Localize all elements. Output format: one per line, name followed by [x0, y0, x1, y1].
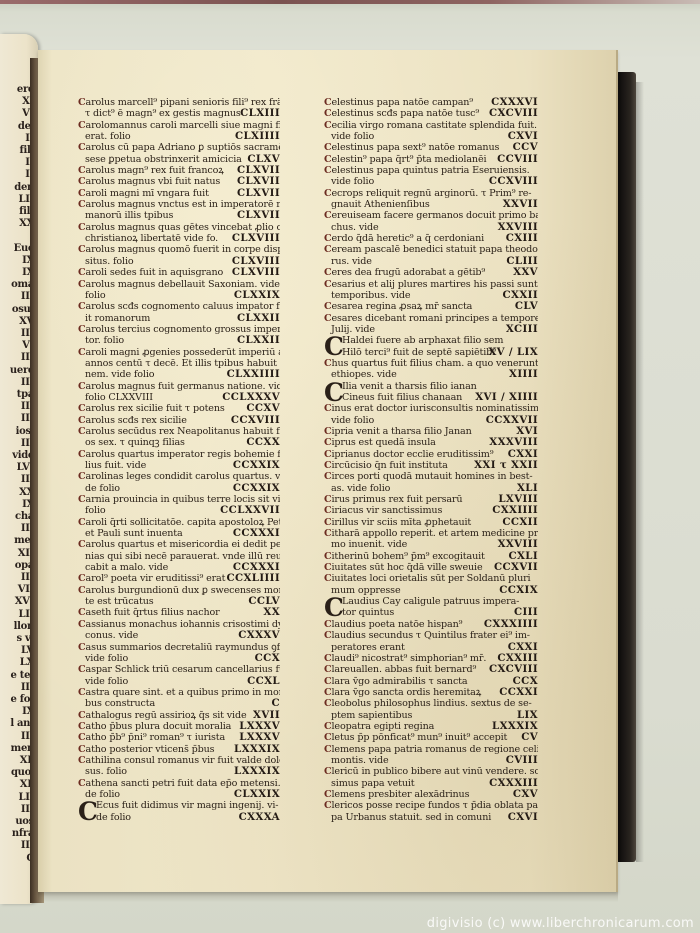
index-entry: Carolus burgundionū dux ꝑ swecenses mor-…: [78, 585, 280, 608]
folio-number: CXXXV: [238, 630, 280, 641]
entry-heading-line: Laudius Cay caligule patruus impera-: [342, 596, 538, 607]
index-entry: Caroli sedes fuit in aquisgranoCLXVIII: [78, 267, 280, 278]
entry-continuation-line: pa Urbanus statuit. sed in comuni: [324, 812, 538, 823]
index-entry: Celestinus papa quintus patria Eseruiens…: [324, 165, 538, 188]
index-entry: Caseth fuit q̄rtus filius nachorXX: [78, 607, 280, 618]
entry-heading-line: Casus summarios decretaliū raymundus ꝯfe…: [78, 642, 280, 653]
entry-heading-line: Carolus scđs cognomento caluus impator f…: [78, 301, 280, 312]
folio-number: CLXIII: [240, 108, 280, 119]
folio-number: CLXVII: [237, 210, 280, 221]
folio-number: CCXXXI: [233, 528, 280, 539]
folio-number: C: [271, 698, 280, 709]
index-entry: Carolus magnus quomō fuerit in corpe dis…: [78, 244, 280, 267]
entry-heading-line: Cinus erat doctor iurisconsultis nominat…: [324, 403, 538, 414]
folio-number: CXV: [513, 789, 538, 800]
index-entry: Ceream pascalē benedici statuit papa the…: [324, 244, 538, 267]
entry-continuation-line: bus constructa: [78, 698, 280, 709]
index-entry: Carolus tercius cognomento grossus imper…: [78, 324, 280, 347]
index-entry: Carolus magnus debellauit Saxoniam. vide…: [78, 279, 280, 302]
entry-heading-line: Clemens presbiter alexādrinus: [324, 789, 538, 800]
entry-heading-line: Carolinas leges condidit carolus quartus…: [78, 471, 280, 482]
index-entry: Carol⁹ poeta vir eruditissi⁹ eratCCXLIII…: [78, 573, 280, 584]
folio-number: XIIII: [509, 369, 538, 380]
index-entry: Carolus scđs rex sicilieCCXVIII: [78, 415, 280, 426]
entry-heading-line: Ceres dea frugū adorabat a gētib⁹: [324, 267, 538, 278]
folio-number: CCXXIX: [233, 483, 280, 494]
entry-heading-line: Cleobolus philosophus lindius. sextus de…: [324, 698, 538, 709]
index-entry: Caspar Schlick triū cesarum cancellarius…: [78, 664, 280, 687]
index-entry: Ceres dea frugū adorabat a gētib⁹XXV: [324, 267, 538, 278]
folio-number: CCXX: [246, 437, 280, 448]
index-entry: Cleopatra egipti reginaLXXXIX: [324, 721, 538, 732]
folio-number: XCIII: [506, 324, 538, 335]
index-entry: Clemens papa patria romanus de regione c…: [324, 744, 538, 767]
entry-heading-line: Chus quartus fuit filius cham. a quo ven…: [324, 358, 538, 369]
folio-number: CLXIIII: [235, 131, 280, 142]
index-entry: Carolus magnus vnctus est in imperatorē …: [78, 199, 280, 222]
index-entry: Carolus cū papa Adriano ꝑ suptiōs sacram…: [78, 142, 280, 165]
index-entry: Cesarius et alij plures martires his pas…: [324, 279, 538, 302]
index-entry: Caroli magni ꝓgenies possederūt imperiū …: [78, 347, 280, 381]
index-entry: Cirillus vir sciis mīta ꝓphetauitCCXII: [324, 517, 538, 528]
folio-number: CXVI: [508, 812, 538, 823]
page-bottom-shadow: [38, 892, 618, 902]
index-entry: Caroli magni mī vngara fuitCLXVII: [78, 188, 280, 199]
index-entry: Cathilina consul romanus vir fuit valde …: [78, 755, 280, 778]
folio-number: CVIII: [506, 755, 538, 766]
index-column-right: Celestinus papa natōe campan⁹CXXXVICeles…: [324, 97, 538, 823]
folio-number: LXXXIX: [234, 766, 280, 777]
folio-number: CLXXII: [237, 313, 280, 324]
entry-heading-line: Caspar Schlick triū cesarum cancellarius…: [78, 664, 280, 675]
entry-heading-line: Clericū in publico bibere aut vinū vende…: [324, 766, 538, 777]
folio-number: CCXVII: [494, 562, 538, 573]
entry-heading-line: Cecilia virgo romana castitate splendida…: [324, 120, 538, 131]
entry-heading-line: Castra quare sint. et a quibus primo in …: [78, 687, 280, 698]
folio-number: CLV: [515, 301, 538, 312]
index-entry: CEcus fuit didimus vir magni ingenij. vi…: [78, 800, 280, 823]
index-entry: Carolus secūdus rex Neapolitanus habuit …: [78, 426, 280, 449]
folio-number: CXIII: [506, 233, 538, 244]
index-entry: CHaldei fuere ab arphaxat filio semHilō …: [324, 335, 538, 358]
folio-number: CLXXII: [237, 335, 280, 346]
index-entry: Cecilia virgo romana castitate splendida…: [324, 120, 538, 143]
index-entry: Catho p̄b⁹ p̄ni⁹ roman⁹ τ iuristaLXXXV: [78, 732, 280, 743]
entry-heading-line: Ecus fuit didimus vir magni ingenij. vi-: [96, 800, 280, 811]
folio-number: CV: [521, 732, 538, 743]
entry-heading-line: Clericos posse recipe fundos τ p̄dia obl…: [324, 800, 538, 811]
folio-number: LXXXV: [239, 732, 280, 743]
background-top-strip: [0, 0, 700, 4]
index-entry: Cesares dicebant romani principes a temp…: [324, 313, 538, 336]
entry-heading-line: Caseth fuit q̄rtus filius nachor: [78, 607, 280, 618]
index-entry: Ciuitates loci orietalis sūt per Soldanū…: [324, 573, 538, 596]
entry-heading-line: Cesarea regina ꝓsaꝝ mr̄ sancta: [324, 301, 538, 312]
index-entry: Cinus erat doctor iurisconsultis nominat…: [324, 403, 538, 426]
index-entry: Clericū in publico bibere aut vinū vende…: [324, 766, 538, 789]
entry-heading-line: Circes porti quodā mutauit homines in be…: [324, 471, 538, 482]
folio-number: XVI / XIIII: [475, 392, 538, 403]
index-entry: Circūcisio q̄n fuit institutaXXI τ XXII: [324, 460, 538, 471]
index-entry: Celestin⁹ papa q̄rt⁹ p̄ta mediolanēiCCVI…: [324, 154, 538, 165]
folio-number: LXXXIX: [234, 744, 280, 755]
index-entry: Cassianus monachus iohannis crisostimi d…: [78, 619, 280, 642]
decorated-initial: C: [324, 336, 340, 357]
index-entry: Chus quartus fuit filius cham. a quo ven…: [324, 358, 538, 381]
folio-number: CLXVIII: [232, 267, 280, 278]
index-entry: Cletus p̄p pōnficat⁹ mun⁹ inuit⁹ accepit…: [324, 732, 538, 743]
index-entry: Carolus quartus imperator regis bohemie …: [78, 449, 280, 472]
entry-heading-line: Cletus p̄p pōnficat⁹ mun⁹ inuit⁹ accepit: [324, 732, 538, 743]
folio-number: XV / LIX: [488, 347, 538, 358]
folio-number: CCXVIII: [231, 415, 280, 426]
index-entry: Cecrops reliquit regnū arginorū. τ Prim⁹…: [324, 188, 538, 211]
folio-number: CXCVIII: [489, 108, 538, 119]
index-entry: CLaudius Cay caligule patruus impera-tor…: [324, 596, 538, 619]
folio-number: CCXIX: [499, 585, 538, 596]
index-entry: Clara v̄go sancta ordis heremitaꝝCCXXI: [324, 687, 538, 698]
index-page: Carolus marcell⁹ pipani senioris fili⁹ r…: [38, 50, 618, 892]
index-entry: Carolus scđs cognomento caluus impator f…: [78, 301, 280, 324]
folio-number: XXXVIII: [489, 437, 538, 448]
watermark: digivisio (c) www.liberchronicarum.com: [427, 916, 694, 931]
folio-number: CCXV: [246, 403, 280, 414]
index-entry: Ciprus est quedā insulaXXXVIII: [324, 437, 538, 448]
folio-number: CLXXIX: [234, 290, 280, 301]
index-entry: Catho posterior vticens̄ p̄busLXXXIX: [78, 744, 280, 755]
index-entry: Carnia prouincia in quibus terre locis s…: [78, 494, 280, 517]
index-entry: Carolomannus caroli marcelli siue magni …: [78, 120, 280, 143]
index-entry: Caroli q̄rti sollicitatōe. capita aposto…: [78, 517, 280, 540]
entry-continuation-line: vide folio: [78, 653, 280, 664]
index-entry: Cleobolus philosophus lindius. sextus de…: [324, 698, 538, 721]
index-entry: Cerdo q̄dā heretic⁹ a q̄ cerdonianiCXIII: [324, 233, 538, 244]
index-entry: Cesarea regina ꝓsaꝝ mr̄ sanctaCLV: [324, 301, 538, 312]
entry-heading-line: Haldei fuere ab arphaxat filio sem: [342, 335, 538, 346]
index-entry: Carolus quartus et misericordia ei dedit…: [78, 539, 280, 573]
folio-number: CLXXIX: [234, 789, 280, 800]
folio-number: CCXII: [502, 517, 538, 528]
index-entry: Circes porti quodā mutauit homines in be…: [324, 471, 538, 494]
index-entry: Ciuitates sūt hoc q̄dā ville sweuieCCXVI…: [324, 562, 538, 573]
folio-number: CLXVII: [237, 188, 280, 199]
index-entry: Carolus marcell⁹ pipani senioris fili⁹ r…: [78, 97, 280, 120]
index-entry: Carolinas leges condidit carolus quartus…: [78, 471, 280, 494]
index-entry: Claudius secundus τ Quintilus frater ei⁹…: [324, 630, 538, 653]
index-entry: Celestinus scđs papa natōe tusc⁹CXCVIII: [324, 108, 538, 119]
folio-number: CCX: [255, 653, 280, 664]
index-entry: Casus summarios decretaliū raymundus ꝯfe…: [78, 642, 280, 665]
decorated-initial: C: [324, 382, 340, 403]
folio-number: CXXXIIII: [484, 619, 538, 630]
folio-number: CCXL: [247, 676, 280, 687]
index-entry: Carolus rex sicilie fuit τ potensCCXV: [78, 403, 280, 414]
index-column-left: Carolus marcell⁹ pipani senioris fili⁹ r…: [78, 97, 280, 823]
folio-number: XX: [263, 607, 280, 618]
index-entry: Castra quare sint. et a quibus primo in …: [78, 687, 280, 710]
folio-number: CLXXIIII: [227, 369, 280, 380]
index-entry: Carolus magnus fuit germanus natione. vi…: [78, 381, 280, 404]
entry-heading-line: Caroli magni ꝓgenies possederūt imperiū …: [78, 347, 280, 358]
entry-heading-line: Carolus quartus et misericordia ei dedit…: [78, 539, 280, 550]
index-entry: Cathena sancti petri fuit data ep̄o mete…: [78, 778, 280, 801]
folio-number: CCXLIIII: [226, 573, 280, 584]
folio-number: CLXVIII: [232, 233, 280, 244]
folio-number: CCLXXVII: [220, 505, 280, 516]
index-entry: Citharā appollo reperit. et artem medici…: [324, 528, 538, 551]
folio-number: XXI τ XXII: [474, 460, 538, 471]
folio-number: CCXVIII: [489, 176, 538, 187]
folio-number: CCXXI: [499, 687, 538, 698]
index-entry: Clemens presbiter alexādrinusCXV: [324, 789, 538, 800]
index-entry: Claudius poeta natōe hispan⁹CXXXIIII: [324, 619, 538, 630]
folio-number: XXV: [513, 267, 538, 278]
folio-number: CCVIII: [497, 154, 538, 165]
entry-continuation-line: ethiopes. vide: [324, 369, 538, 380]
folio-number: CXCVIII: [489, 664, 538, 675]
index-entry: Cereuiseam facere germanos docuit primo …: [324, 210, 538, 233]
entry-heading-line: Claudius secundus τ Quintilus frater ei⁹…: [324, 630, 538, 641]
index-entry: Carolus magnus quas gētes vincebat ꝓlio …: [78, 222, 280, 245]
decorated-initial: C: [324, 597, 340, 618]
folio-number: CCXXIX: [233, 460, 280, 471]
decorated-initial: C: [78, 801, 94, 822]
index-entry: Clareuallen. abbas fuit bernard⁹CXCVIII: [324, 664, 538, 675]
index-entry: CIlia venit a tharsis filio iananCineus …: [324, 381, 538, 404]
folio-number: XXVII: [503, 199, 538, 210]
index-entry: Clericos posse recipe fundos τ p̄dia obl…: [324, 800, 538, 823]
entry-continuation-line: vide folio: [324, 131, 538, 142]
folio-number: CXXXA: [239, 812, 280, 823]
